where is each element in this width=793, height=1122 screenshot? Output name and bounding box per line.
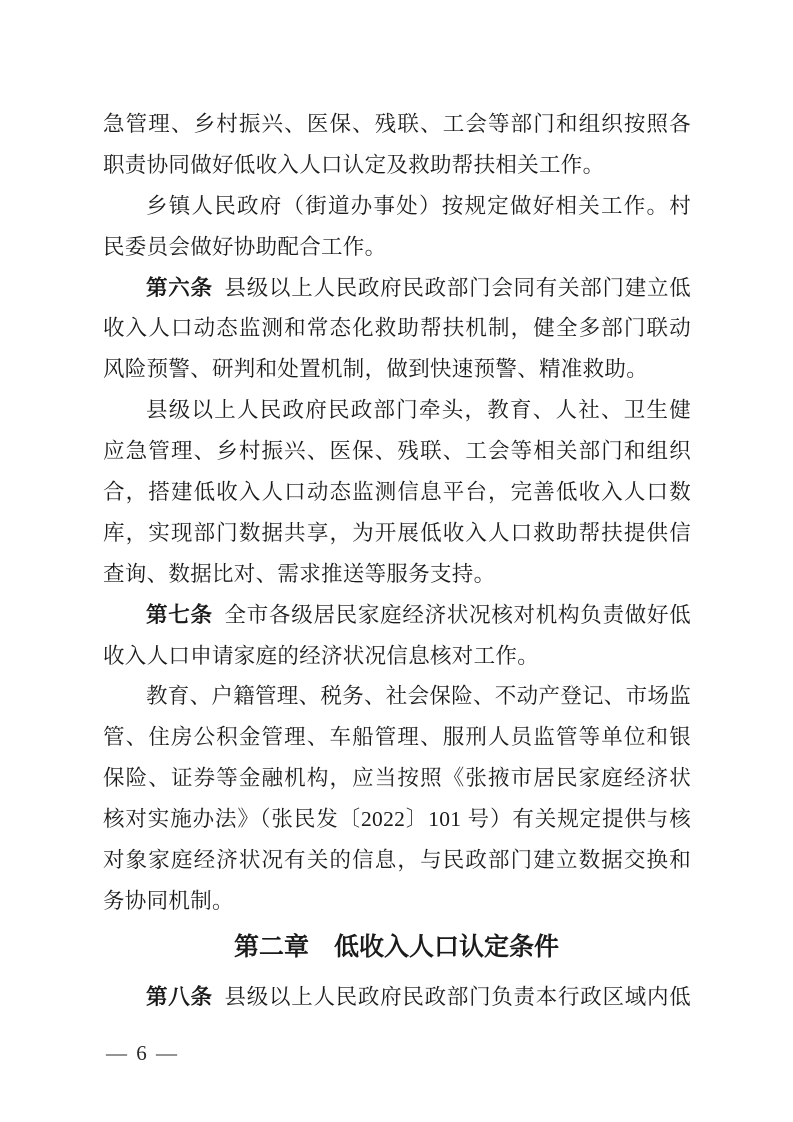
body-line: 应急管理、乡村振兴、医保、残联、工会等相关部门和组织配 <box>103 431 691 472</box>
body-line: 收入人口申请家庭的经济状况信息核对工作。 <box>103 636 691 677</box>
page-number: — 6 — <box>106 1038 179 1068</box>
body-line: 管、住房公积金管理、车船管理、服刑人员监管等单位和银行、 <box>103 717 691 758</box>
document-page: 急管理、乡村振兴、医保、残联、工会等部门和组织按照各自 职责协同做好低收入人口认… <box>0 0 793 1122</box>
body-line: 民委员会做好协助配合工作。 <box>103 227 691 268</box>
body-line: 职责协同做好低收入人口认定及救助帮扶相关工作。 <box>103 145 691 186</box>
body-line: 查询、数据比对、需求推送等服务支持。 <box>103 554 691 595</box>
chapter-heading: 第二章低收入人口认定条件 <box>0 926 793 968</box>
chapter-title: 低收入人口认定条件 <box>334 933 559 961</box>
body-line-article-7: 第七条全市各级居民家庭经济状况核对机构负责做好低 <box>103 595 691 636</box>
body-line: 保险、证券等金融机构，应当按照《张掖市居民家庭经济状况 <box>103 758 691 799</box>
body-line: 合，搭建低收入人口动态监测信息平台，完善低收入人口数据 <box>103 472 691 513</box>
body-line-article-6: 第六条县级以上人民政府民政部门会同有关部门建立低 <box>103 268 691 309</box>
body-line: 教育、户籍管理、税务、社会保险、不动产登记、市场监 <box>103 676 691 717</box>
body-line: 风险预警、研判和处置机制，做到快速预警、精准救助。 <box>103 349 691 390</box>
body-line: 核对实施办法》（张民发〔2022〕101 号）有关规定提供与核对 <box>103 799 691 840</box>
article-number: 第八条 <box>146 985 213 1009</box>
body-text-block: 急管理、乡村振兴、医保、残联、工会等部门和组织按照各自 职责协同做好低收入人口认… <box>103 104 691 922</box>
body-line: 库，实现部门数据共享，为开展低收入人口救助帮扶提供信息 <box>103 513 691 554</box>
article-number: 第六条 <box>146 276 213 300</box>
body-line: 务协同机制。 <box>103 881 691 922</box>
article-text: 县级以上人民政府民政部门负责本行政区域内低 <box>225 985 691 1009</box>
body-line: 急管理、乡村振兴、医保、残联、工会等部门和组织按照各自 <box>103 104 691 145</box>
body-line-article-8: 第八条县级以上人民政府民政部门负责本行政区域内低 <box>103 977 691 1018</box>
article-text: 全市各级居民家庭经济状况核对机构负责做好低 <box>225 603 691 627</box>
body-line: 收入人口动态监测和常态化救助帮扶机制，健全多部门联动的 <box>103 308 691 349</box>
article-number: 第七条 <box>146 603 213 627</box>
article-text: 县级以上人民政府民政部门会同有关部门建立低 <box>225 276 691 300</box>
body-line: 对象家庭经济状况有关的信息，与民政部门建立数据交换和业 <box>103 840 691 881</box>
body-line: 县级以上人民政府民政部门牵头，教育、人社、卫生健康、 <box>103 390 691 431</box>
body-text-block: 第八条县级以上人民政府民政部门负责本行政区域内低 <box>103 977 691 1018</box>
chapter-number: 第二章 <box>234 933 309 961</box>
body-line: 乡镇人民政府（街道办事处）按规定做好相关工作。村（居） <box>103 186 691 227</box>
